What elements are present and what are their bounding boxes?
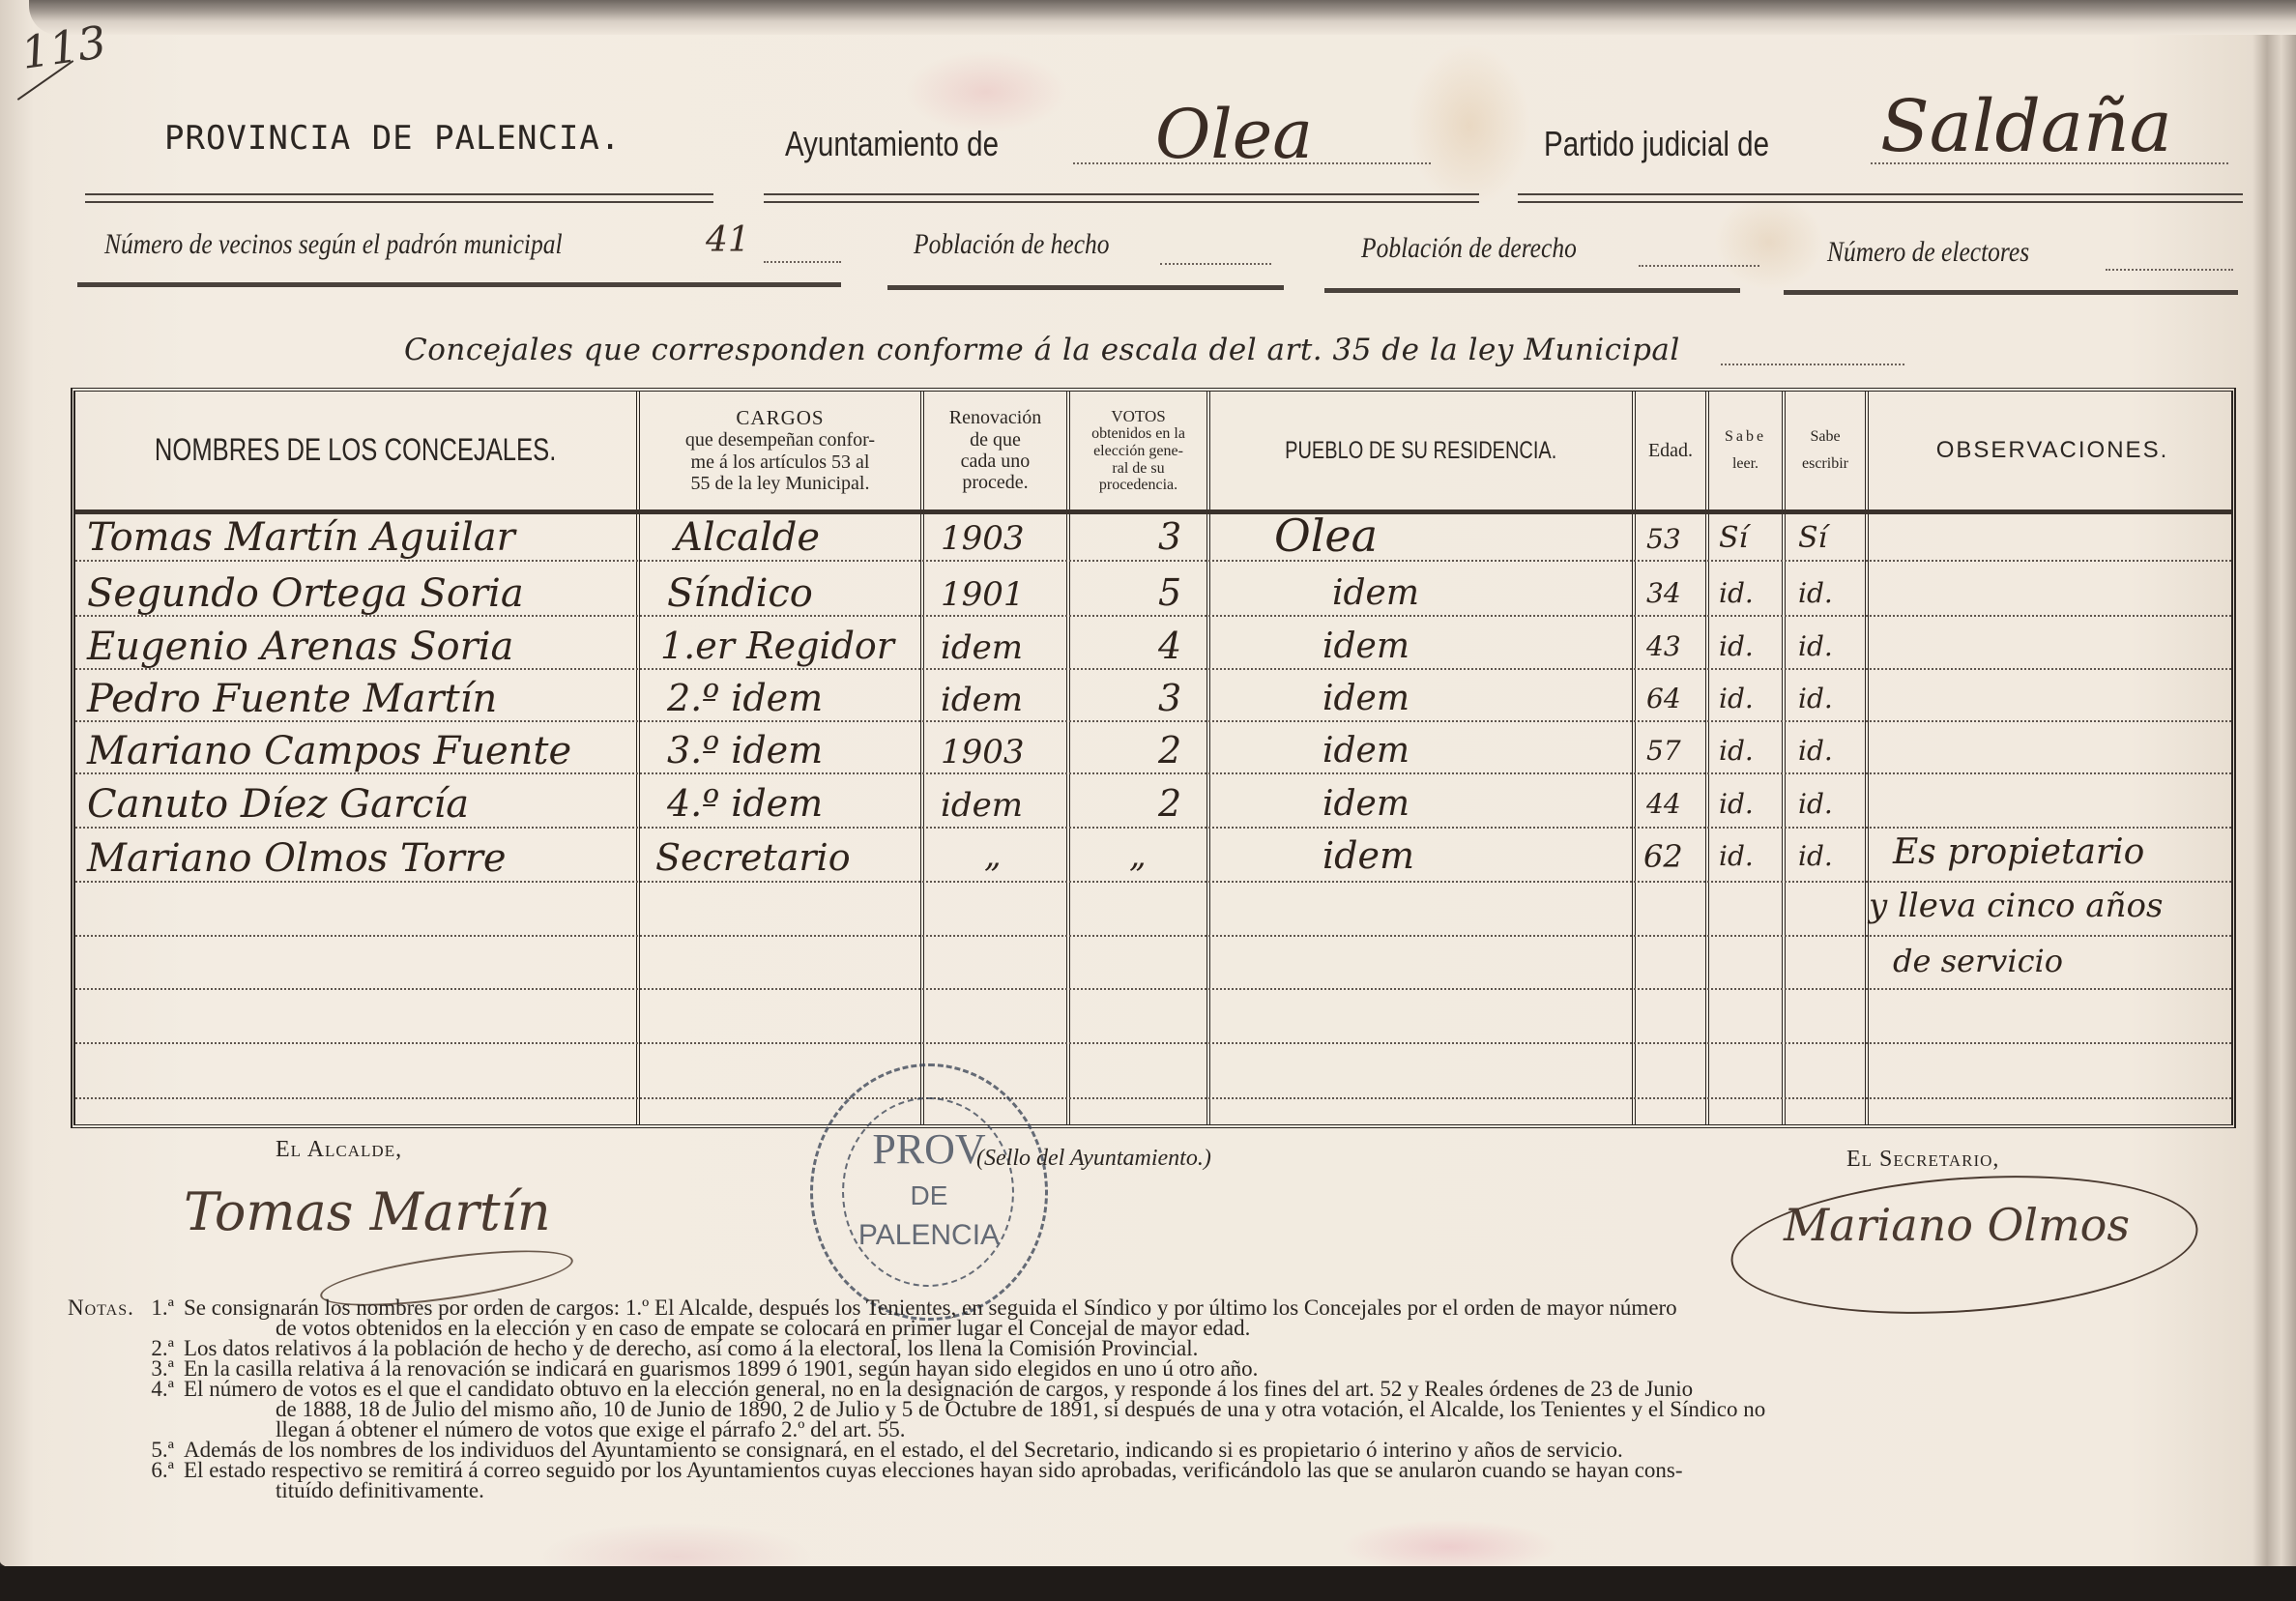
note-line: de 1888, 18 de Julio del mismo año, 10 d… [184, 1399, 2223, 1419]
th-renovacion: Renovación de que cada uno procede. [924, 392, 1066, 509]
scan-background [0, 1566, 2296, 1601]
th-votos-line: elección gene- [1093, 443, 1183, 460]
cell-observacion-line: Es propietario [1893, 832, 2144, 872]
ayuntamiento-stamp: PROV DE PALENCIA [810, 1063, 1048, 1321]
th-cargos-line: que desempeñan confor- [685, 429, 875, 451]
th-votos-line: procedencia. [1099, 477, 1177, 494]
header-rule-mid [764, 193, 1479, 203]
note-line: llegan á obtener el número de votos que … [184, 1419, 2223, 1440]
th-escribir-line: escribir [1802, 455, 1848, 473]
cell-leer: id. [1719, 577, 1754, 609]
cell-pueblo: Olea [1274, 509, 1378, 562]
cell-pueblo: idem [1322, 731, 1410, 771]
th-nombres: NOMBRES DE LOS CONCEJALES. [75, 392, 636, 509]
note-number: 5.ª [135, 1440, 174, 1460]
th-votos: VOTOS obtenidos en la elección gene- ral… [1070, 392, 1206, 509]
note-line: tituído definitivamente. [184, 1480, 2223, 1500]
hecho-label: Población de hecho [914, 228, 1110, 261]
sello-label: (Sello del Ayuntamiento.) [976, 1146, 1211, 1172]
note-line: de votos obtenidos en la elección y en c… [184, 1318, 2223, 1338]
cell-leer: id. [1719, 735, 1754, 767]
cell-renovacion: idem [941, 628, 1023, 667]
cell-pueblo: idem [1322, 626, 1410, 666]
alcalde-label: El Alcalde, [276, 1137, 402, 1163]
note-number: 3.ª [135, 1358, 174, 1379]
th-escribir-line: Sabe [1810, 428, 1840, 446]
partido-value: Saldaña [1880, 85, 2172, 168]
ayuntamiento-label: Ayuntamiento de [785, 124, 999, 164]
cell-edad: 62 [1643, 838, 1683, 875]
stamp-line-2: DE [813, 1180, 1045, 1211]
partido-label: Partido judicial de [1544, 124, 1769, 164]
cell-leer: id. [1719, 683, 1754, 714]
th-votos-line: obtenidos en la [1091, 425, 1185, 443]
th-cargos-title: CARGOS [736, 407, 824, 430]
cell-votos: 2 [1158, 729, 1181, 771]
note-number: 2.ª [135, 1338, 174, 1358]
th-observaciones-label: OBSERVACIONES. [1936, 438, 2169, 464]
th-renovacion-line: de que [970, 429, 1021, 451]
cell-nombre: Mariano Olmos Torre [87, 836, 507, 881]
cell-escribir: id. [1798, 840, 1833, 872]
th-edad: Edad. [1636, 392, 1705, 509]
row-line [75, 881, 2231, 883]
population-rule-3 [1324, 288, 1740, 293]
header-rule-right [1518, 193, 2243, 203]
cell-votos: „ [1129, 836, 1147, 875]
note-line: Además de los nombres de los individuos … [184, 1440, 2223, 1460]
derecho-label: Población de derecho [1361, 232, 1577, 265]
population-rule-2 [887, 285, 1284, 290]
document-page: 113 PROVINCIA DE PALENCIA. Ayuntamiento … [0, 0, 2296, 1571]
cell-nombre: Segundo Ortega Soria [87, 571, 524, 616]
cell-renovacion: 1901 [941, 575, 1025, 614]
note-item: 3.ª En la casilla relativa á la renovaci… [184, 1358, 2223, 1379]
cell-nombre: Tomas Martín Aguilar [87, 515, 515, 560]
th-pueblo-label: PUEBLO DE SU RESIDENCIA. [1285, 437, 1556, 464]
page-top-edge [29, 0, 2296, 35]
ayuntamiento-value: Olea [1155, 95, 1313, 174]
row-line [75, 988, 2231, 990]
stamp-line-3: PALENCIA [813, 1219, 1045, 1252]
th-votos-title: VOTOS [1111, 407, 1165, 425]
note-number: 1.ª [135, 1297, 174, 1318]
alcalde-signature: Tomas Martín [184, 1181, 551, 1242]
cell-edad: 53 [1646, 523, 1681, 555]
th-renovacion-line: cada uno [961, 451, 1031, 472]
vecinos-value: 41 [706, 220, 750, 260]
cell-observacion-line: de servicio [1893, 943, 2063, 979]
cell-votos: 2 [1158, 782, 1181, 825]
cell-cargo: 2.º idem [667, 677, 823, 719]
header-rule-left [85, 193, 713, 203]
cell-cargo: 3.º idem [667, 729, 823, 771]
note-line: El estado respectivo se remitirá á corre… [184, 1460, 2223, 1480]
note-line: En la casilla relativa á la renovación s… [184, 1358, 2223, 1379]
cell-escribir: id. [1798, 788, 1833, 820]
notes-heading: Notas. [68, 1297, 134, 1318]
cell-cargo: 1.er Regidor [660, 625, 894, 667]
cell-votos: 4 [1158, 625, 1181, 667]
th-renovacion-line: procede. [962, 472, 1028, 493]
secretario-label: El Secretario, [1846, 1147, 1999, 1173]
concejales-table: NOMBRES DE LOS CONCEJALES. CARGOS que de… [71, 388, 2236, 1128]
th-pueblo: PUEBLO DE SU RESIDENCIA. [1210, 392, 1632, 509]
electores-label: Número de electores [1827, 236, 2029, 269]
th-nombres-label: NOMBRES DE LOS CONCEJALES. [155, 433, 556, 468]
cell-edad: 34 [1646, 577, 1681, 609]
cell-leer: Sí [1719, 521, 1748, 555]
concejales-scale-line: Concejales que corresponden conforme á l… [404, 333, 1680, 367]
cell-observacion-line: y lleva cinco años [1869, 887, 2163, 925]
vecinos-label: Número de vecinos según el padrón munici… [104, 228, 563, 261]
cell-cargo: Síndico [667, 571, 813, 616]
row-line [75, 560, 2231, 562]
concejales-dotted-line [1721, 364, 1904, 365]
th-sabe-escribir: Sabe escribir [1786, 392, 1865, 509]
row-line [75, 1097, 2231, 1099]
th-leer-line: leer. [1732, 455, 1758, 473]
derecho-dotted-line [1639, 265, 1759, 267]
population-rule-1 [77, 282, 841, 287]
th-cargos: CARGOS que desempeñan confor- me á los a… [640, 392, 920, 509]
cell-pueblo: idem [1322, 784, 1410, 824]
cell-edad: 57 [1646, 735, 1681, 767]
cell-leer: id. [1719, 840, 1754, 872]
cell-votos: 3 [1158, 515, 1181, 558]
folio-number: 113 [18, 15, 109, 79]
th-edad-label: Edad. [1648, 440, 1693, 461]
cell-pueblo: idem [1322, 679, 1410, 718]
cell-edad: 64 [1646, 683, 1681, 714]
cell-nombre: Pedro Fuente Martín [87, 677, 497, 721]
cell-escribir: id. [1798, 630, 1833, 662]
note-item: 4.ª El número de votos es el que el cand… [184, 1379, 2223, 1440]
note-number: 4.ª [135, 1379, 174, 1399]
cell-leer: id. [1719, 788, 1754, 820]
note-item: 1.ª Se consignarán los nombres por orden… [184, 1297, 2223, 1338]
note-item: 2.ª Los datos relativos á la población d… [184, 1338, 2223, 1358]
secretario-signature: Mariano Olmos [1784, 1199, 2130, 1251]
electores-dotted-line [2106, 269, 2233, 271]
cell-renovacion: idem [941, 681, 1023, 719]
cell-escribir: Sí [1798, 521, 1827, 555]
hecho-dotted-line [1160, 263, 1271, 265]
cell-nombre: Mariano Campos Fuente [87, 729, 571, 773]
cell-nombre: Canuto Díez García [87, 782, 469, 827]
cell-votos: 3 [1158, 677, 1181, 719]
th-leer-line: Sabe [1725, 428, 1766, 446]
th-votos-line: ral de su [1112, 460, 1164, 478]
cell-pueblo: idem [1322, 834, 1414, 877]
th-renovacion-line: Renovación [949, 407, 1042, 428]
vecinos-dotted-line [764, 261, 841, 263]
cell-renovacion: idem [941, 786, 1023, 825]
cell-nombre: Eugenio Arenas Soria [87, 625, 513, 669]
population-rule-4 [1784, 290, 2238, 295]
row-line [75, 935, 2231, 937]
note-line: Los datos relativos á la población de he… [184, 1338, 2223, 1358]
row-line [75, 827, 2231, 829]
cell-cargo: Secretario [655, 836, 851, 879]
th-cargos-line: me á los artículos 53 al [691, 451, 870, 473]
cell-renovacion: „ [984, 836, 1002, 875]
note-item: 5.ª Además de los nombres de los individ… [184, 1440, 2223, 1460]
province-title: PROVINCIA DE PALENCIA. [164, 119, 621, 158]
cell-votos: 5 [1158, 571, 1181, 614]
cell-cargo: 4.º idem [667, 782, 823, 825]
th-sabe-leer: Sabe leer. [1709, 392, 1782, 509]
cell-edad: 44 [1646, 788, 1681, 820]
note-line: El número de votos es el que el candidat… [184, 1379, 2223, 1399]
cell-escribir: id. [1798, 683, 1833, 714]
cell-cargo: Alcalde [675, 515, 820, 560]
table-header-divider [75, 509, 2231, 514]
cell-leer: id. [1719, 630, 1754, 662]
cell-escribir: id. [1798, 577, 1833, 609]
cell-pueblo: idem [1332, 573, 1419, 613]
cell-renovacion: 1903 [941, 519, 1025, 558]
row-line [75, 1042, 2231, 1044]
th-observaciones: OBSERVACIONES. [1869, 392, 2236, 509]
th-cargos-line: 55 de la ley Municipal. [691, 473, 870, 494]
cell-renovacion: 1903 [941, 733, 1025, 771]
note-line: Se consignarán los nombres por orden de … [184, 1297, 2223, 1318]
note-number: 6.ª [135, 1460, 174, 1480]
note-item: 6.ª El estado respectivo se remitirá á c… [184, 1460, 2223, 1500]
cell-escribir: id. [1798, 735, 1833, 767]
cell-edad: 43 [1646, 630, 1681, 662]
